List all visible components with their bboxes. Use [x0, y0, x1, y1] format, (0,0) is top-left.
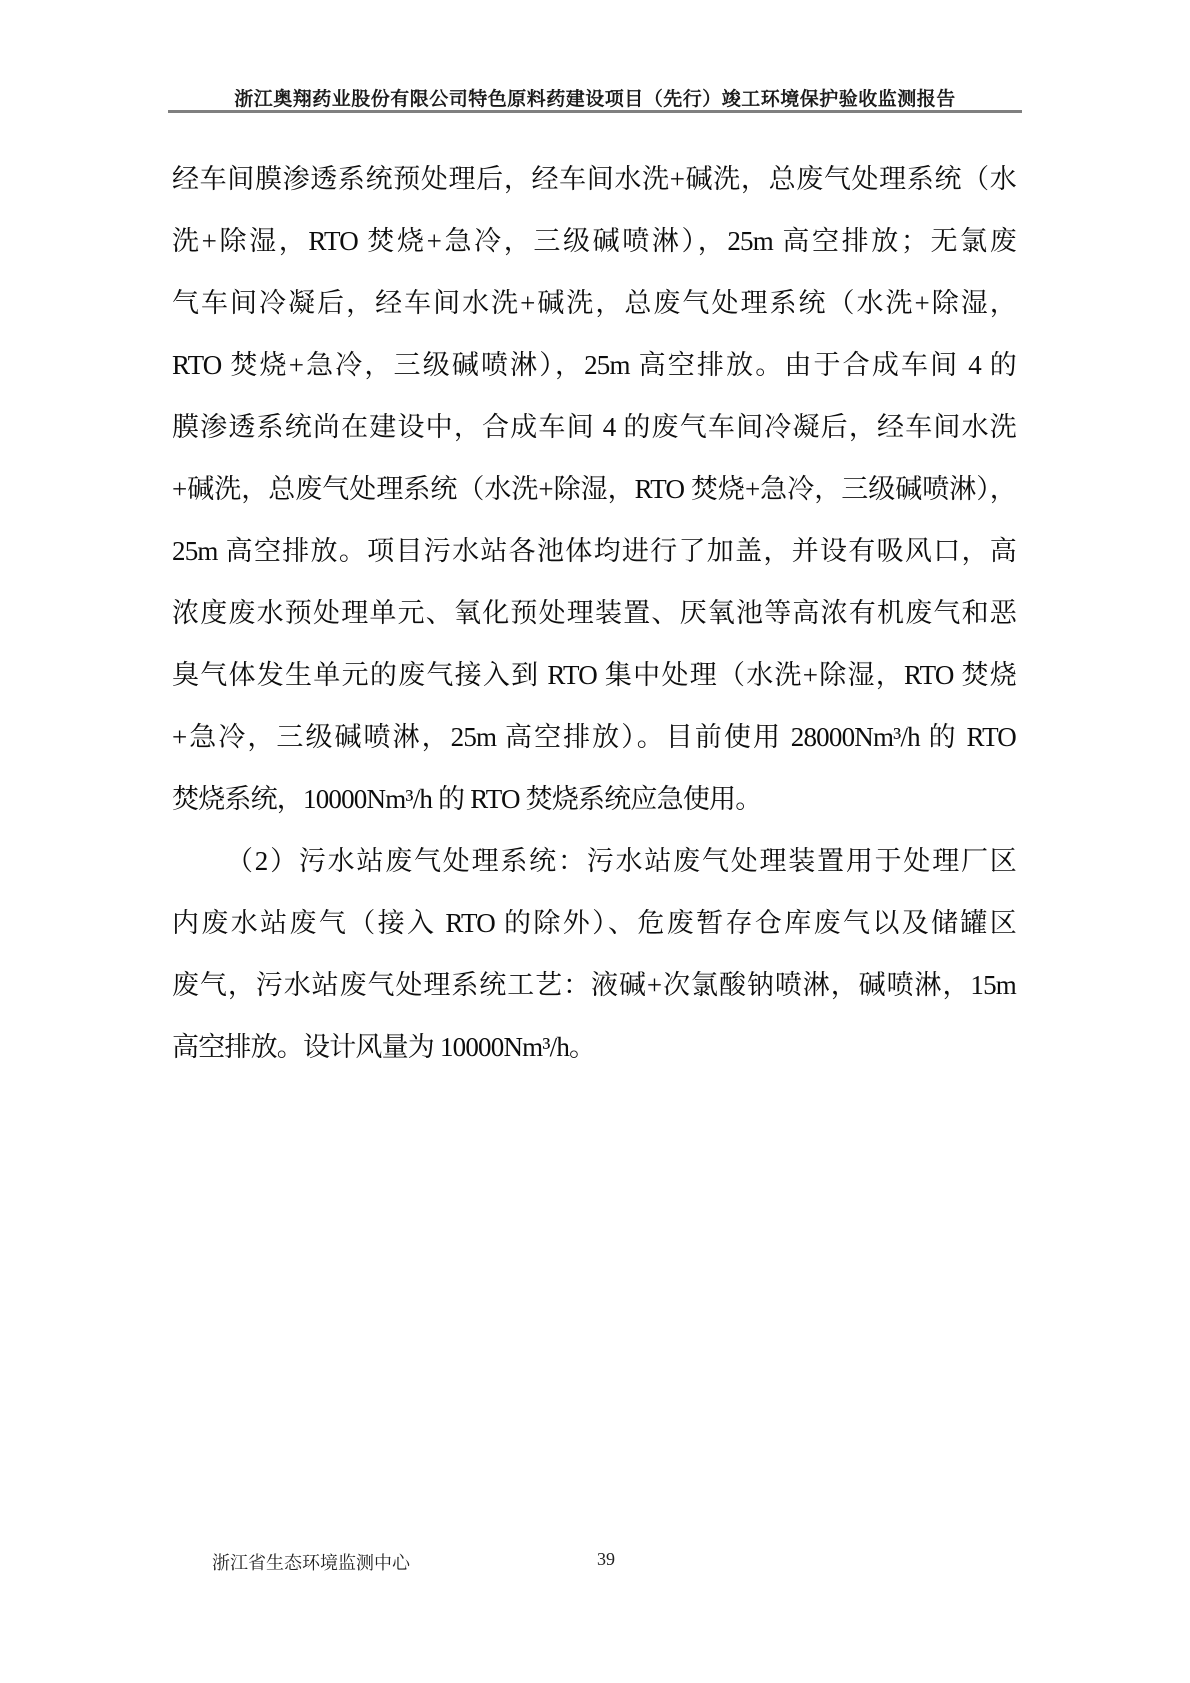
body-line: 废气，污水站废气处理系统工艺：液碱+次氯酸钠喷淋，碱喷淋，15m [172, 954, 1016, 1016]
header-rule [168, 110, 1022, 113]
body-line: RTO 焚烧+急冷，三级碱喷淋），25m 高空排放。由于合成车间 4 的 [172, 334, 1016, 396]
document-body: 经车间膜渗透系统预处理后，经车间水洗+碱洗，总废气处理系统（水 洗+除湿，RTO… [172, 148, 1016, 1078]
body-line: （2）污水站废气处理系统：污水站废气处理装置用于处理厂区 [172, 830, 1016, 892]
body-line: 洗+除湿，RTO 焚烧+急冷，三级碱喷淋），25m 高空排放；无氯废 [172, 210, 1016, 272]
body-line: 气车间冷凝后，经车间水洗+碱洗，总废气处理系统（水洗+除湿， [172, 272, 1016, 334]
body-line: 焚烧系统，10000Nm³/h 的 RTO 焚烧系统应急使用。 [172, 768, 1016, 830]
body-line: 臭气体发生单元的废气接入到 RTO 集中处理（水洗+除湿，RTO 焚烧 [172, 644, 1016, 706]
body-line: 内废水站废气（接入 RTO 的除外）、危废暂存仓库废气以及储罐区 [172, 892, 1016, 954]
paragraph-2: （2）污水站废气处理系统：污水站废气处理装置用于处理厂区 内废水站废气（接入 R… [172, 830, 1016, 1078]
document-page: 浙江奥翔药业股份有限公司特色原料药建设项目（先行）竣工环境保护验收监测报告 经车… [0, 0, 1190, 1683]
body-line: 膜渗透系统尚在建设中，合成车间 4 的废气车间冷凝后，经车间水洗 [172, 396, 1016, 458]
page-footer: 浙江省生态环境监测中心 39 [0, 1549, 1190, 1579]
page-header-title: 浙江奥翔药业股份有限公司特色原料药建设项目（先行）竣工环境保护验收监测报告 [0, 84, 1190, 111]
body-line: +急冷，三级碱喷淋，25m 高空排放）。目前使用 28000Nm³/h 的 RT… [172, 706, 1016, 768]
footer-organization: 浙江省生态环境监测中心 [212, 1549, 410, 1575]
body-line: 经车间膜渗透系统预处理后，经车间水洗+碱洗，总废气处理系统（水 [172, 148, 1016, 210]
body-line: 25m 高空排放。项目污水站各池体均进行了加盖，并设有吸风口，高 [172, 520, 1016, 582]
body-line: 高空排放。设计风量为 10000Nm³/h。 [172, 1016, 1016, 1078]
body-line: +碱洗，总废气处理系统（水洗+除湿，RTO 焚烧+急冷，三级碱喷淋）， [172, 458, 1016, 520]
paragraph-1: 经车间膜渗透系统预处理后，经车间水洗+碱洗，总废气处理系统（水 洗+除湿，RTO… [172, 148, 1016, 830]
body-line: 浓度废水预处理单元、氧化预处理装置、厌氧池等高浓有机废气和恶 [172, 582, 1016, 644]
page-number: 39 [597, 1549, 615, 1570]
